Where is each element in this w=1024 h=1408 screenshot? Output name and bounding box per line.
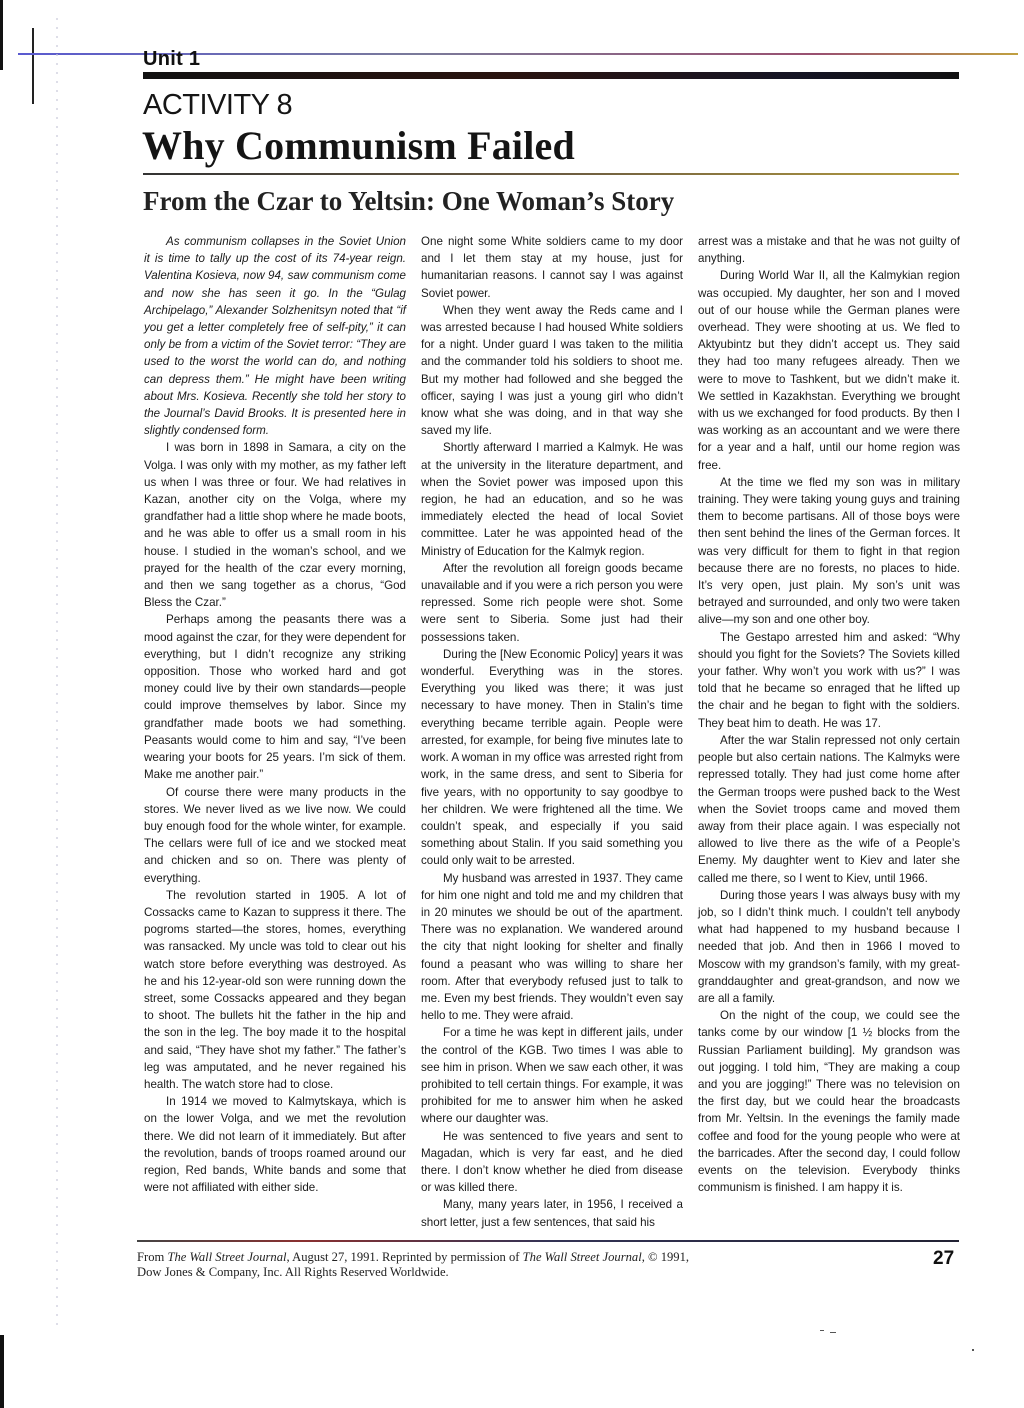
article-paragraph: The Gestapo arrested him and asked: “Why… <box>698 629 960 732</box>
article-paragraph: During World War II, all the Kalmykian r… <box>698 267 960 473</box>
article-paragraph: My husband was arrested in 1937. They ca… <box>421 870 683 1025</box>
scan-edge-bottom <box>0 1335 4 1408</box>
credit-line-2: Dow Jones & Company, Inc. All Rights Res… <box>137 1265 449 1279</box>
credit-middle: , August 27, 1991. Reprinted by permissi… <box>287 1250 523 1264</box>
activity-label: ACTIVITY 8 <box>143 89 292 122</box>
article-intro: As communism collapses in the Soviet Uni… <box>144 233 406 439</box>
crop-mark-vertical <box>32 28 34 104</box>
unit-label: Unit 1 <box>143 48 200 71</box>
scan-speck <box>830 1332 836 1333</box>
article-paragraph: On the night of the coup, we could see t… <box>698 1007 960 1196</box>
article-paragraph: He was sentenced to five years and sent … <box>421 1128 683 1197</box>
article-paragraph: The revolution started in 1905. A lot of… <box>144 887 406 1093</box>
article-paragraph: Perhaps among the peasants there was a m… <box>144 611 406 783</box>
article-paragraph: For a time he was kept in different jail… <box>421 1024 683 1127</box>
article-paragraph: arrest was a mistake and that he was not… <box>698 233 960 267</box>
page-title: Why Communism Failed <box>142 122 575 169</box>
article-paragraph: Of course there were many products in th… <box>144 784 406 887</box>
article-paragraph: Many, many years later, in 1956, I recei… <box>421 1196 683 1230</box>
article-paragraph: During those years I was always busy wit… <box>698 887 960 1007</box>
source-credit: From The Wall Street Journal, August 27,… <box>137 1250 857 1280</box>
scan-noise-strip <box>56 18 58 1328</box>
article-paragraph: Shortly afterward I married a Kalmyk. He… <box>421 439 683 559</box>
footer-divider <box>137 1240 959 1242</box>
article-paragraph: During the [New Economic Policy] years i… <box>421 646 683 870</box>
scan-speck <box>972 1349 974 1351</box>
article-paragraph: I was born in 1898 in Samara, a city on … <box>144 439 406 611</box>
article-column-3: arrest was a mistake and that he was not… <box>698 233 960 1196</box>
article-paragraph: At the time we fled my son was in milita… <box>698 474 960 629</box>
title-divider <box>143 173 959 175</box>
article-column-1: As communism collapses in the Soviet Uni… <box>144 233 406 1196</box>
credit-source-2: The Wall Street Journal <box>523 1250 642 1264</box>
scan-speck <box>820 1330 824 1331</box>
page-number: 27 <box>933 1248 954 1270</box>
article-paragraph: One night some White soldiers came to my… <box>421 233 683 302</box>
article-column-2: One night some White soldiers came to my… <box>421 233 683 1231</box>
credit-source: The Wall Street Journal <box>167 1250 286 1264</box>
credit-prefix: From <box>137 1250 167 1264</box>
article-subtitle: From the Czar to Yeltsin: One Woman’s St… <box>143 186 674 217</box>
article-paragraph: After the war Stalin repressed not only … <box>698 732 960 887</box>
scan-edge-top <box>0 0 3 70</box>
article-paragraph: When they went away the Reds came and I … <box>421 302 683 440</box>
credit-suffix: , © 1991, <box>642 1250 689 1264</box>
article-paragraph: In 1914 we moved to Kalmytskaya, which i… <box>144 1093 406 1196</box>
unit-divider-bar <box>143 72 959 79</box>
article-paragraph: After the revolution all foreign goods b… <box>421 560 683 646</box>
